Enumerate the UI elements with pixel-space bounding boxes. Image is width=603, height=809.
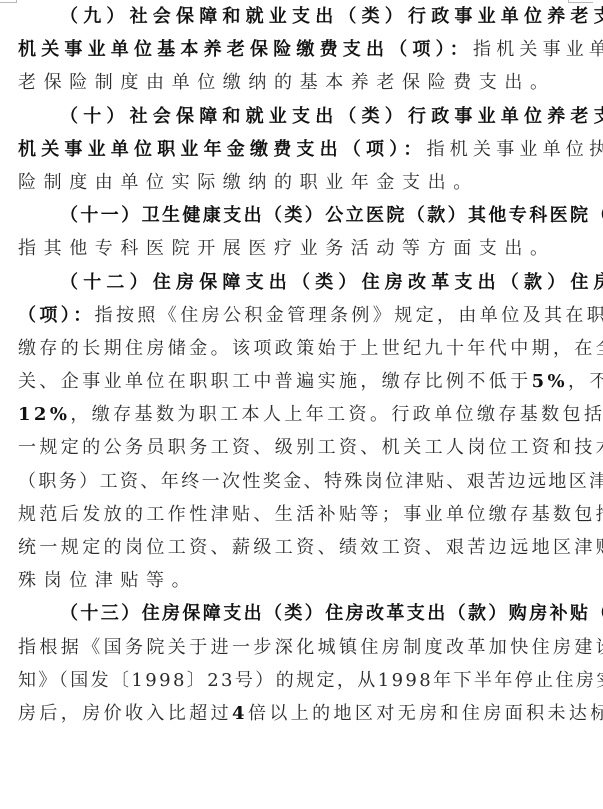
paragraph-item-13: （十三）住房保障支出（类）住房改革支出（款）购房补贴（项）： 指根据《国务院关于… [18,597,578,730]
item-12-desc-9: 殊岗位津贴等。 [18,570,197,591]
paragraph-item-10: （十）社会保障和就业支出（类）行政事业单位养老支出（款） 机关事业单位职业年金缴… [18,100,578,200]
item-9-line-2: 机关事业单位基本养老保险缴费支出（项）：指机关事业单位执行养 [18,33,578,66]
item-10-line-2: 机关事业单位职业年金缴费支出（项）：指机关事业单位执行养老保 [18,133,578,166]
item-12-line-2: （项）：指按照《住房公积金管理条例》规定，由单位及其在职职工 [18,299,578,332]
item-9-desc-start: 指机关事业单位执行养 [473,39,603,60]
item-13-heading: （十三）住房保障支出（类）住房改革支出（款）购房补贴（项）： [60,603,603,624]
page-corner-mark-left [0,0,17,3]
item-13-ratio: 4 [232,703,248,724]
item-12-heading: （十二）住房保障支出（类）住房改革支出（款）住房公积金 [60,272,603,293]
item-11-line-2: 指其他专科医院开展医疗业务活动等方面支出。 [18,232,578,265]
item-12-line-6: 一规定的公务员职务工资、级别工资、机关工人岗位工资和技术等级 [18,431,578,464]
document-body: （九）社会保障和就业支出（类）行政事业单位养老支出（款） 机关事业单位基本养老保… [18,0,578,730]
item-12-line-5: 12%，缴存基数为职工本人上年工资。行政单位缴存基数包括国家统 [18,398,578,431]
item-12-min-rate: 5% [532,371,568,392]
item-13-heading-line: （十三）住房保障支出（类）住房改革支出（款）购房补贴（项）： [18,597,578,630]
item-12-heading-line: （十二）住房保障支出（类）住房改革支出（款）住房公积金 [18,266,578,299]
item-12-line-3: 缴存的长期住房储金。该项政策始于上世纪九十年代中期，在全国机 [18,332,578,365]
item-10-desc-start: 指机关事业单位执行养老保 [427,139,603,160]
item-13-line-3: 知》（国发〔1998〕23号）的规定，从1998年下半年停止住房实物分 [18,664,578,697]
item-12-line-4: 关、企事业单位在职职工中普遍实施，缴存比例不低于5%，不超过 [18,365,578,398]
item-12-max-rate: 12% [18,404,70,425]
item-12-desc-8: 统一规定的岗位工资、薪级工资、绩效工资、艰苦边远地区津贴、特 [18,537,603,558]
item-12-subject-tail: （项）： [18,305,95,326]
item-13-desc-3a: 房后，房价收入比超过 [18,703,232,724]
item-12-desc-7: 规范后发放的工作性津贴、生活补贴等；事业单位缴存基数包括国家 [18,504,603,525]
item-11-heading-line: （十一）卫生健康支出（类）公立医院（款）其他专科医院（项）： [18,199,578,232]
item-9-subject: 机关事业单位基本养老保险缴费支出（项）： [18,39,473,60]
paragraph-item-11: （十一）卫生健康支出（类）公立医院（款）其他专科医院（项）： 指其他专科医院开展… [18,199,578,265]
paragraph-item-12: （十二）住房保障支出（类）住房改革支出（款）住房公积金 （项）：指按照《住房公积… [18,266,578,598]
item-12-line-7: （职务）工资、年终一次性奖金、特殊岗位津贴、艰苦边远地区津贴， [18,465,578,498]
item-12-desc-3b: ，不超过 [568,371,603,392]
item-12-desc-2: 缴存的长期住房储金。该项政策始于上世纪九十年代中期，在全国机 [18,338,603,359]
item-12-desc-3a: 关、企事业单位在职职工中普遍实施，缴存比例不低于 [18,371,532,392]
item-13-line-4: 房后，房价收入比超过4倍以上的地区对无房和住房面积未达标职工 [18,697,578,730]
item-13-desc-3b: 倍以上的地区对无房和住房面积未达标职工 [248,703,603,724]
item-12-desc-6: （职务）工资、年终一次性奖金、特殊岗位津贴、艰苦边远地区津贴， [18,471,603,492]
item-12-line-9: 统一规定的岗位工资、薪级工资、绩效工资、艰苦边远地区津贴、特 [18,531,578,564]
item-11-heading: （十一）卫生健康支出（类）公立医院（款）其他专科医院（项）： [60,205,603,226]
item-12-line-10: 殊岗位津贴等。 [18,564,578,597]
item-10-line-3: 险制度由单位实际缴纳的职业年金支出。 [18,166,578,199]
item-9-heading: （九）社会保障和就业支出（类）行政事业单位养老支出（款） [60,6,603,27]
item-12-desc-4: ，缴存基数为职工本人上年工资。行政单位缴存基数包括国家统 [70,404,603,425]
item-10-heading: （十）社会保障和就业支出（类）行政事业单位养老支出（款） [60,106,603,127]
item-9-heading-line: （九）社会保障和就业支出（类）行政事业单位养老支出（款） [18,0,578,33]
item-12-line-8: 规范后发放的工作性津贴、生活补贴等；事业单位缴存基数包括国家 [18,498,578,531]
item-11-desc: 指其他专科医院开展医疗业务活动等方面支出。 [18,238,556,259]
item-13-desc-2: 知》（国发〔1998〕23号）的规定，从1998年下半年停止住房实物分 [18,670,603,691]
item-10-subject: 机关事业单位职业年金缴费支出（项）： [18,139,427,160]
item-10-heading-line: （十）社会保障和就业支出（类）行政事业单位养老支出（款） [18,100,578,133]
item-13-desc-1: 指根据《国务院关于进一步深化城镇住房制度改革加快住房建设的通 [18,637,603,658]
item-10-desc-end: 险制度由单位实际缴纳的职业年金支出。 [18,172,479,193]
item-12-desc-1: 指按照《住房公积金管理条例》规定，由单位及其在职职工 [95,305,603,326]
item-13-line-2: 指根据《国务院关于进一步深化城镇住房制度改革加快住房建设的通 [18,631,578,664]
item-9-desc-end: 老保险制度由单位缴纳的基本养老保险费支出。 [18,72,556,93]
item-9-line-3: 老保险制度由单位缴纳的基本养老保险费支出。 [18,66,578,99]
item-12-desc-5: 一规定的公务员职务工资、级别工资、机关工人岗位工资和技术等级 [18,437,603,458]
paragraph-item-9: （九）社会保障和就业支出（类）行政事业单位养老支出（款） 机关事业单位基本养老保… [18,0,578,100]
